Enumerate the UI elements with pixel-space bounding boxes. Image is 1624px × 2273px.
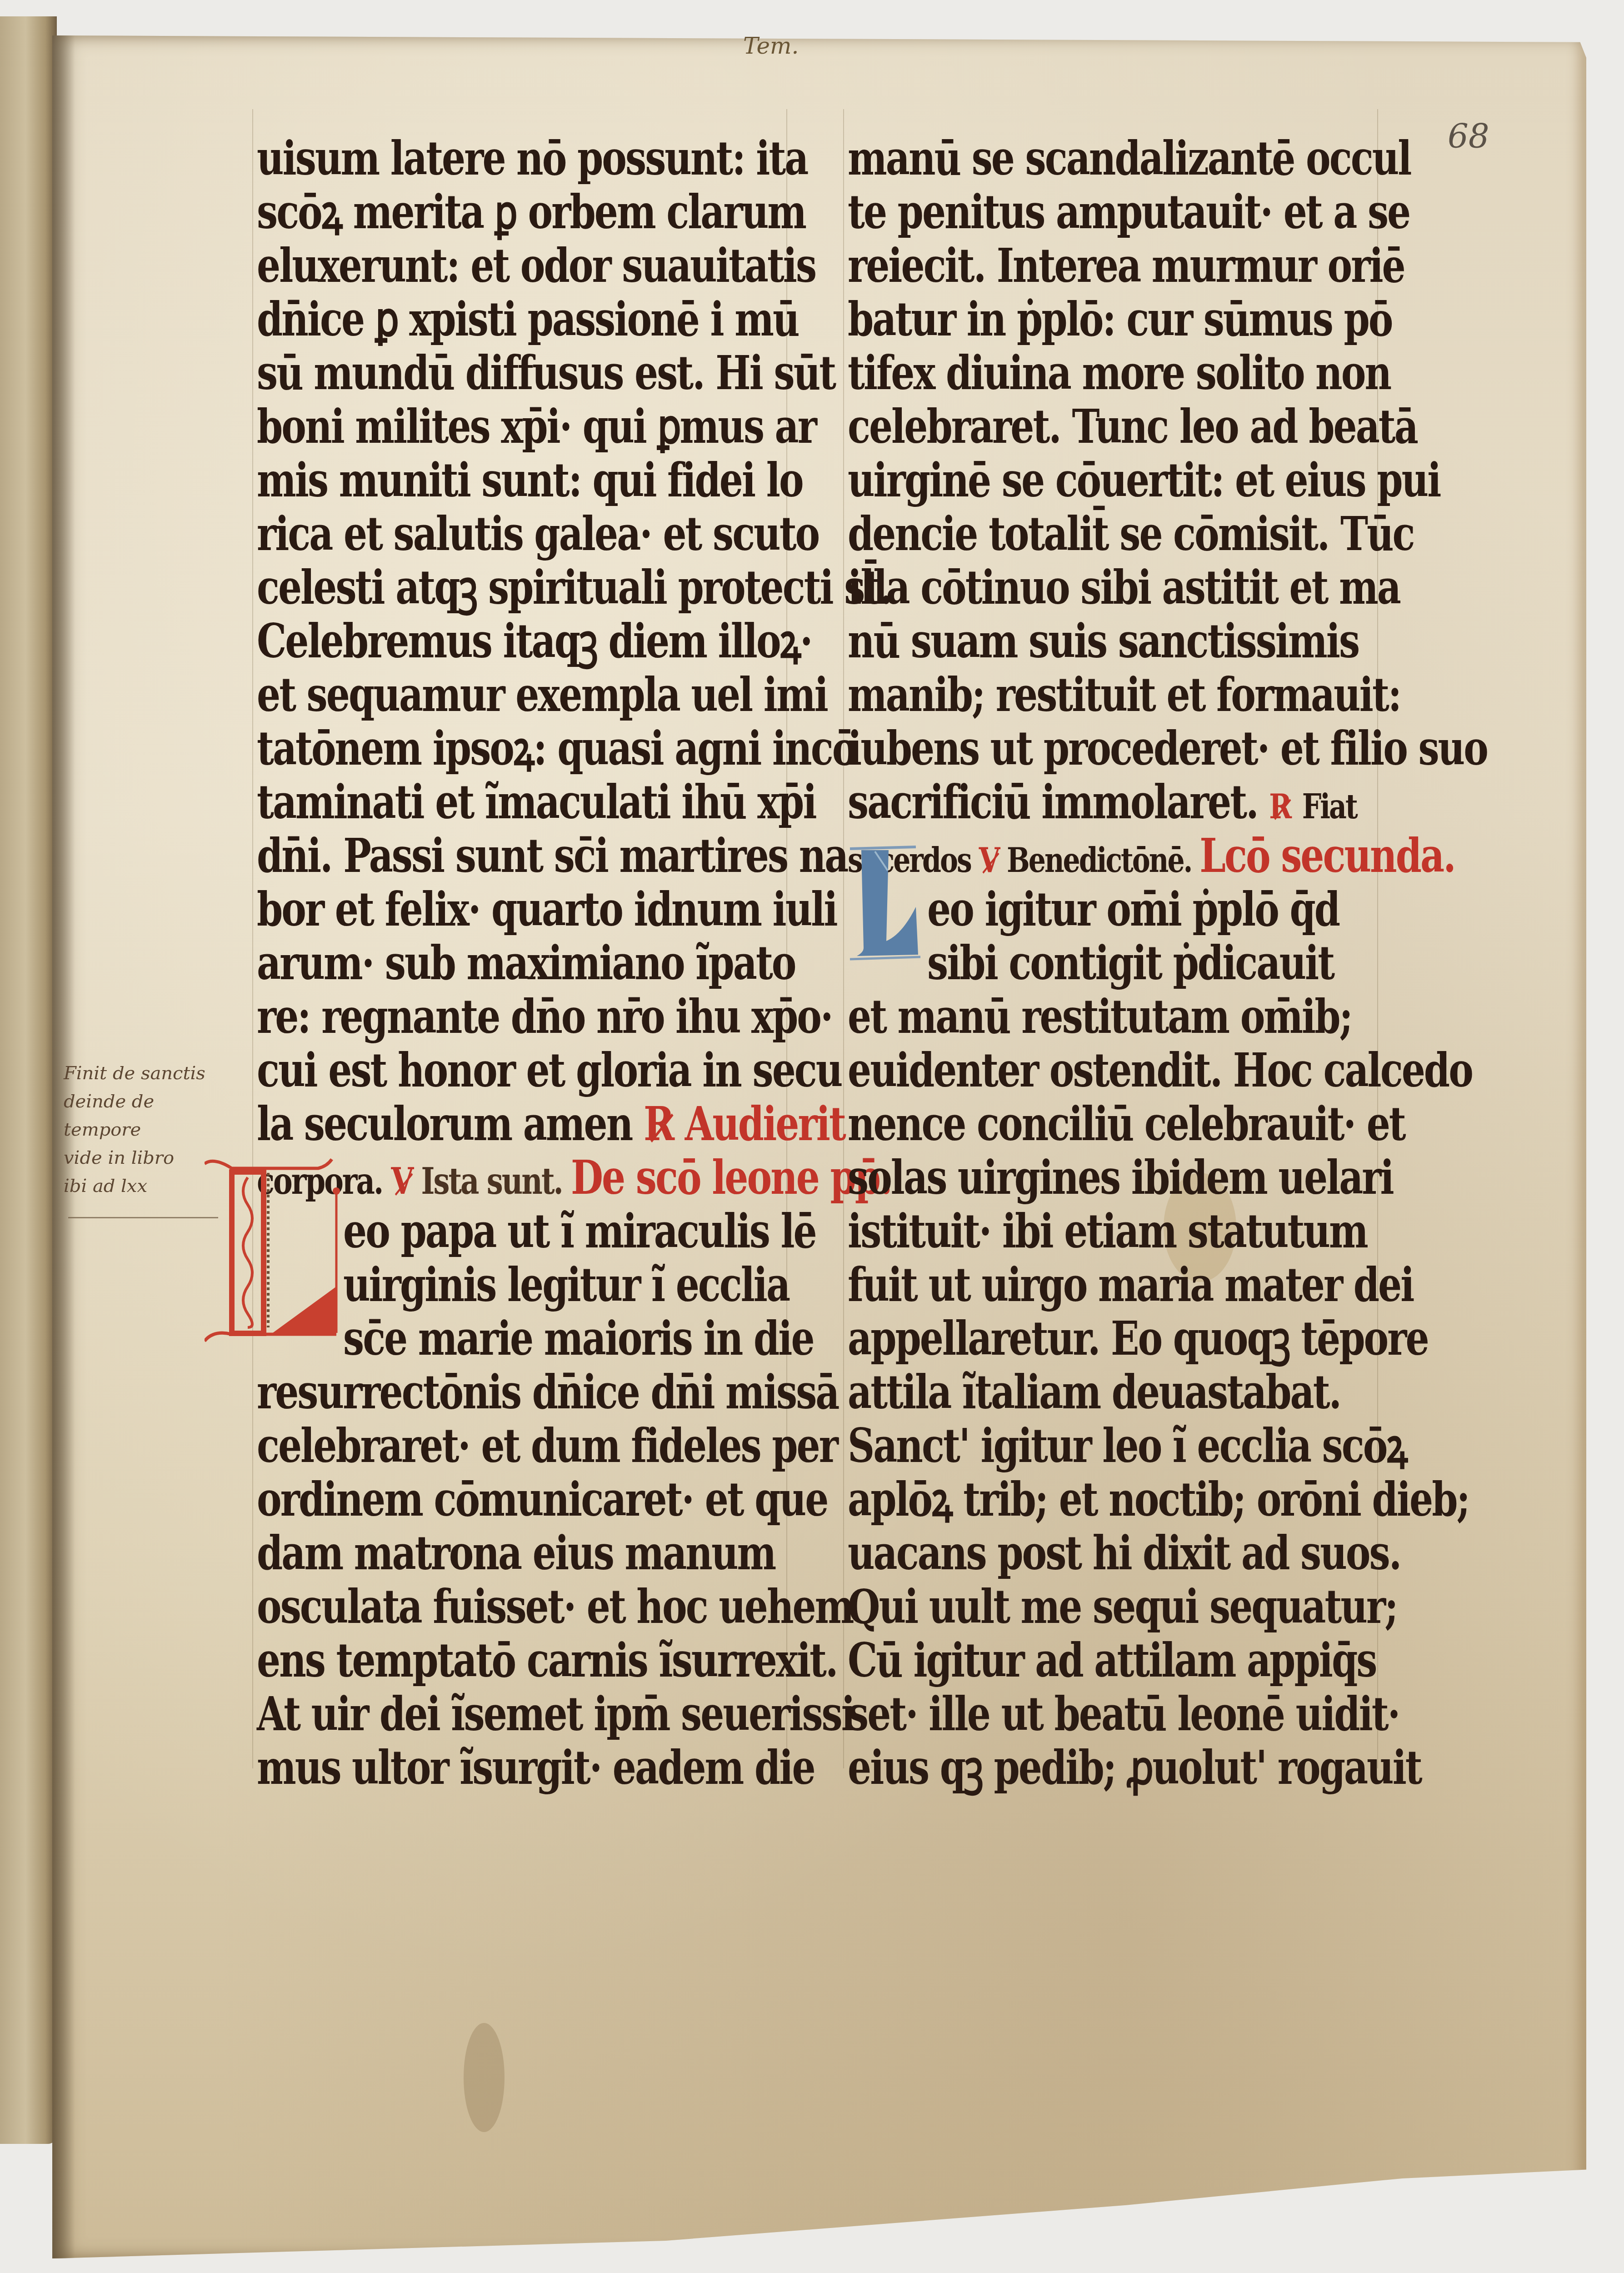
marginal-annotation: Finit de sanctis deinde de tempore vide … xyxy=(64,1059,218,1200)
running-header-mark: Tem. xyxy=(743,33,799,59)
decorated-initial-L-red xyxy=(205,1155,341,1346)
rubric-lesson-heading: De scō leone pp̄. xyxy=(571,1151,891,1205)
text-segment: la seculorum amen xyxy=(257,1097,632,1152)
rubric-responsory: R̷ xyxy=(1269,787,1290,827)
text-segment: Benedictōnē. xyxy=(1007,841,1191,881)
annotation-line: deinde de tempore xyxy=(64,1087,218,1144)
annotation-line: Finit de sanctis xyxy=(64,1059,218,1087)
text-segment: Ista sunt. xyxy=(421,1160,562,1203)
text-line: mus ultor ĩsurgit· eadem die xyxy=(257,1734,784,1802)
text-segment: Fiat xyxy=(1302,787,1357,827)
text-line: eius qꝫ pedib; ꝓuolut' rogauit xyxy=(848,1734,1384,1802)
folio-number: 68 xyxy=(1448,117,1489,155)
annotation-rule xyxy=(68,1217,218,1218)
annotation-line: vide in libro xyxy=(64,1144,218,1172)
rubric-versicle: V̷ xyxy=(979,841,999,881)
rubric-responsory: R̷ Audierit xyxy=(644,1097,845,1152)
rubric-lesson-heading: Lcō secunda. xyxy=(1199,829,1454,883)
stain xyxy=(464,2023,505,2132)
initial-L-blue xyxy=(848,843,925,961)
annotation-line: ibi ad lxx xyxy=(64,1172,218,1200)
previous-leaf-edge xyxy=(0,16,57,2144)
left-text-column: uisum latere nō possunt: ita scōꝝ merita… xyxy=(257,132,784,1795)
rubric-versicle: V̷ xyxy=(391,1160,413,1203)
text-segment: sacrificiū immolaret. xyxy=(848,775,1258,830)
ruling-right-outer xyxy=(843,109,844,1768)
right-text-column: manū se scandalizantē occul te penitus a… xyxy=(848,132,1384,1795)
ruling-left-outer xyxy=(252,109,253,1768)
